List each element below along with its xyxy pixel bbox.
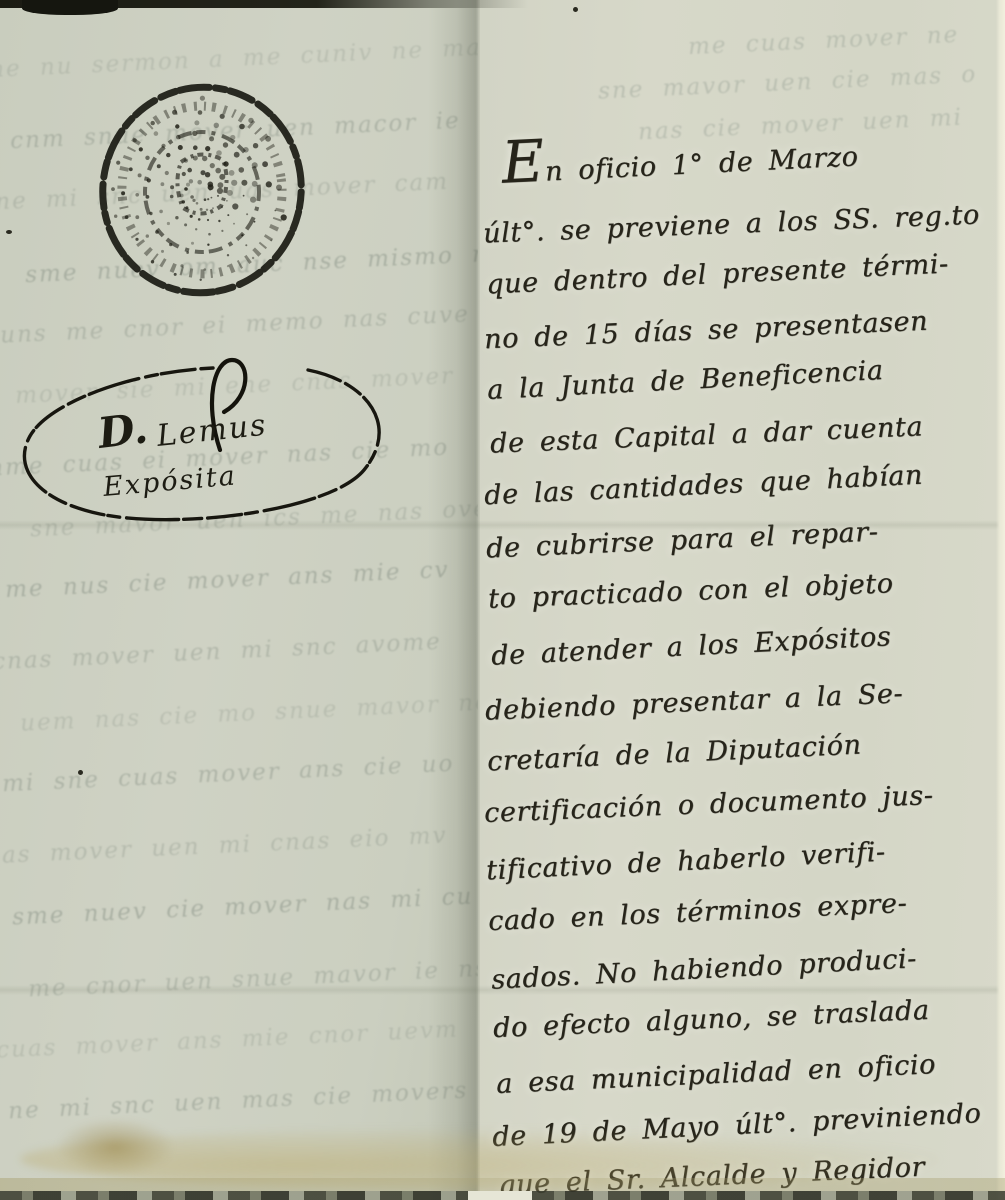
signature-title: Expósita [101, 460, 238, 503]
stamp-speckle [146, 234, 149, 237]
scan-top-edge-blob [22, 0, 118, 15]
stamp-speckle [135, 238, 138, 241]
stamp-speckle [121, 191, 125, 195]
stamp-speckle [218, 220, 220, 222]
manuscript-line: a esa municipalidad en oficio [496, 1049, 937, 1100]
stamp-speckle [135, 193, 139, 197]
manuscript-line: do efecto alguno, se traslada [493, 995, 931, 1044]
manuscript-line: no de 15 días se presentasen [484, 305, 929, 355]
stamp-speckle [208, 182, 214, 188]
stamp-speckle [229, 170, 235, 176]
manuscript-line: que dentro del presente térmi- [486, 249, 950, 301]
ghost-bleedthrough-line: nas mover uen mi cnas eio mv [0, 823, 448, 870]
manuscript-line: En oficio 1° de Marzo [501, 141, 859, 189]
ghost-bleedthrough-line: me nu sermon a me cuniv ne ma [0, 35, 482, 84]
stamp-speckle [253, 143, 258, 148]
stamp-speckle [182, 172, 186, 176]
stamp-speckle [191, 242, 194, 245]
stamp-speckle [262, 161, 268, 167]
stamp-speckle [231, 180, 237, 186]
ghost-bleedthrough-line: ne mi snc uen mas cie movers [8, 1078, 469, 1125]
ghost-bleedthrough-line: sne mavor uen cie mas o [598, 61, 978, 104]
stamp-speckle [187, 168, 192, 173]
stamp-speckle [161, 182, 165, 186]
stamp-speckle [207, 219, 209, 221]
stamp-speckle [212, 207, 214, 209]
stamp-speckle [233, 223, 235, 225]
stamp-speckle [154, 131, 159, 136]
stamp-speckle [192, 131, 197, 136]
manuscript-line: to practicado con el objeto [488, 568, 895, 615]
stamp-speckle [216, 150, 222, 156]
stamp-speckle [159, 210, 163, 214]
stamp-speckle [250, 197, 256, 203]
stamp-speckle [189, 179, 193, 183]
stamp-speckle [145, 156, 149, 160]
stamp-speckle [192, 199, 195, 202]
stamp-speckle [175, 216, 178, 219]
stamp-speckle [146, 195, 150, 199]
stamp-speckle [195, 228, 197, 230]
scanned-document: me nu sermon a me cuniv ne macnm snue mo… [0, 0, 1005, 1200]
stamp-speckle [200, 279, 202, 281]
stamp-speckle [227, 214, 229, 216]
manuscript-line: cado en los términos expre- [488, 888, 908, 937]
ghost-bleedthrough-line: uns me cnor ei memo nas cuve [0, 301, 470, 348]
manuscript-line: cretaría de la Diputación [486, 730, 862, 778]
ghost-bleedthrough-line: me nus cie mover ans mie cv [5, 557, 451, 603]
stamp-speckle [190, 215, 193, 218]
manuscript-line: de esta Capital a dar cuenta [490, 411, 924, 459]
paper-right-edge [996, 0, 1005, 1200]
signature-rubric: D. Lemus Expósita [8, 348, 398, 533]
manuscript-line: últ°. se previene a los SS. reg.to [483, 200, 981, 250]
stamp-speckle [214, 123, 219, 128]
stamp-speckle [200, 96, 205, 101]
manuscript-line: certificación o documento jus- [484, 780, 934, 829]
stamp-speckle [217, 195, 219, 197]
stamp-speckle [170, 185, 174, 189]
stamp-speckle [157, 164, 161, 168]
stamp-speckle [200, 208, 203, 211]
stamp-speckle [138, 173, 142, 177]
stamp-speckle [114, 215, 117, 218]
stamp-speckle [207, 198, 209, 200]
ghost-bleedthrough-line: cuas mover ans mie cnor uevm [0, 1017, 459, 1064]
ghost-bleedthrough-line: me cuas mover ne [688, 22, 960, 60]
stamp-speckle [202, 156, 207, 161]
horizontal-crease [0, 985, 1005, 995]
stamp-speckle [252, 257, 254, 259]
stamp-speckle [215, 168, 221, 174]
stamp-speckle [218, 182, 224, 188]
stamp-speckle [190, 195, 194, 199]
stamp-speckle [184, 223, 187, 226]
stamp-speckle [211, 197, 213, 199]
stamp-speckle [266, 181, 272, 187]
stamp-speckle [223, 142, 228, 147]
stamp-speckle [170, 195, 174, 199]
stamp-rim-lettering [111, 96, 293, 285]
ghost-bleedthrough-line: me cnor uen snue mavor ie ns [28, 956, 490, 1003]
stamp-speckle [239, 124, 245, 130]
stamp-speckle [201, 170, 206, 175]
stamp-speckle [178, 145, 183, 150]
stamp-speckle [166, 153, 170, 157]
stamp-speckle [220, 114, 225, 119]
stamp-speckle [205, 146, 210, 151]
scan-bottom-edge-gap [468, 1191, 532, 1200]
stamp-speckle [209, 136, 214, 141]
stamp-speckle [208, 233, 211, 236]
stamp-speckle [205, 172, 210, 177]
ghost-bleedthrough-line: uem nas cie mo snue mavor ne [20, 689, 491, 736]
stamp-speckle [246, 213, 248, 215]
stamp-speckle [186, 183, 190, 187]
manuscript-line: a la Junta de Beneficencia [486, 355, 884, 406]
stamp-speckle [165, 171, 169, 175]
stamp-speckle [193, 145, 198, 150]
stamp-speckle [241, 180, 247, 186]
ghost-bleedthrough-line: mi sne cuas mover ans cie uo [2, 751, 455, 798]
signature-name: Lemus [154, 408, 269, 454]
stamp-speckle [227, 254, 229, 256]
ghost-bleedthrough-line: cnas mover uen mi snc avome [0, 629, 442, 675]
stamp-speckle [227, 190, 233, 196]
stamp-speckle [232, 203, 238, 209]
stamp-speckle [210, 163, 215, 168]
manuscript-line: tificativo de haberlo verifi- [485, 836, 886, 886]
ink-stamp-seal [93, 80, 311, 302]
stamp-speckle [129, 167, 133, 171]
stamp-speckle [226, 200, 228, 202]
water-stain-dark [55, 1118, 175, 1176]
manuscript-line: de atender a los Expósitos [490, 621, 891, 672]
stamp-speckle [204, 198, 207, 201]
stamp-speckle [234, 152, 240, 158]
ghost-bleedthrough-line: sme nuev cie mover nas mi cu [12, 884, 474, 931]
stamp-speckle [206, 209, 208, 211]
stamp-speckle [198, 110, 203, 115]
stamp-speckle [174, 273, 177, 276]
stamp-speckle [167, 222, 170, 225]
center-fold-crease [428, 0, 480, 1200]
stamp-speckle [184, 187, 188, 191]
stamp-speckle [207, 244, 209, 246]
stamp-speckle [196, 202, 199, 205]
stamp-inner-ring [145, 132, 259, 252]
stamp-speckle [161, 250, 164, 253]
stamp-speckle [239, 167, 245, 173]
bottom-discoloration [0, 1178, 1005, 1191]
ink-speck [78, 770, 83, 775]
stamp-speckle [135, 215, 139, 219]
stamp-speckle [221, 230, 223, 232]
stamp-speckle [198, 218, 201, 221]
stamp-speckle [243, 195, 245, 197]
stamp-speckle [116, 161, 120, 165]
stamp-speckle [194, 120, 199, 125]
stamp-speckle [139, 147, 143, 151]
stamp-speckle [197, 180, 202, 185]
stamp-speckle [151, 121, 155, 125]
right-page: me cuas mover nesne mavor uen cie mas on… [478, 0, 1005, 1200]
signature-prefix: D. [94, 403, 150, 458]
ink-speck [6, 230, 12, 234]
stamp-speckle [175, 124, 179, 128]
ink-speck [573, 7, 578, 12]
stamp-speckle [245, 244, 247, 246]
ghost-bleedthrough-line: nas cie mover uen mi [638, 105, 964, 146]
manuscript-line: de las cantidades que habían [484, 460, 924, 512]
stamp-speckle [217, 188, 223, 194]
stamp-speckle [111, 187, 115, 191]
manuscript-line: debiendo presentar a la Se- [485, 678, 904, 726]
